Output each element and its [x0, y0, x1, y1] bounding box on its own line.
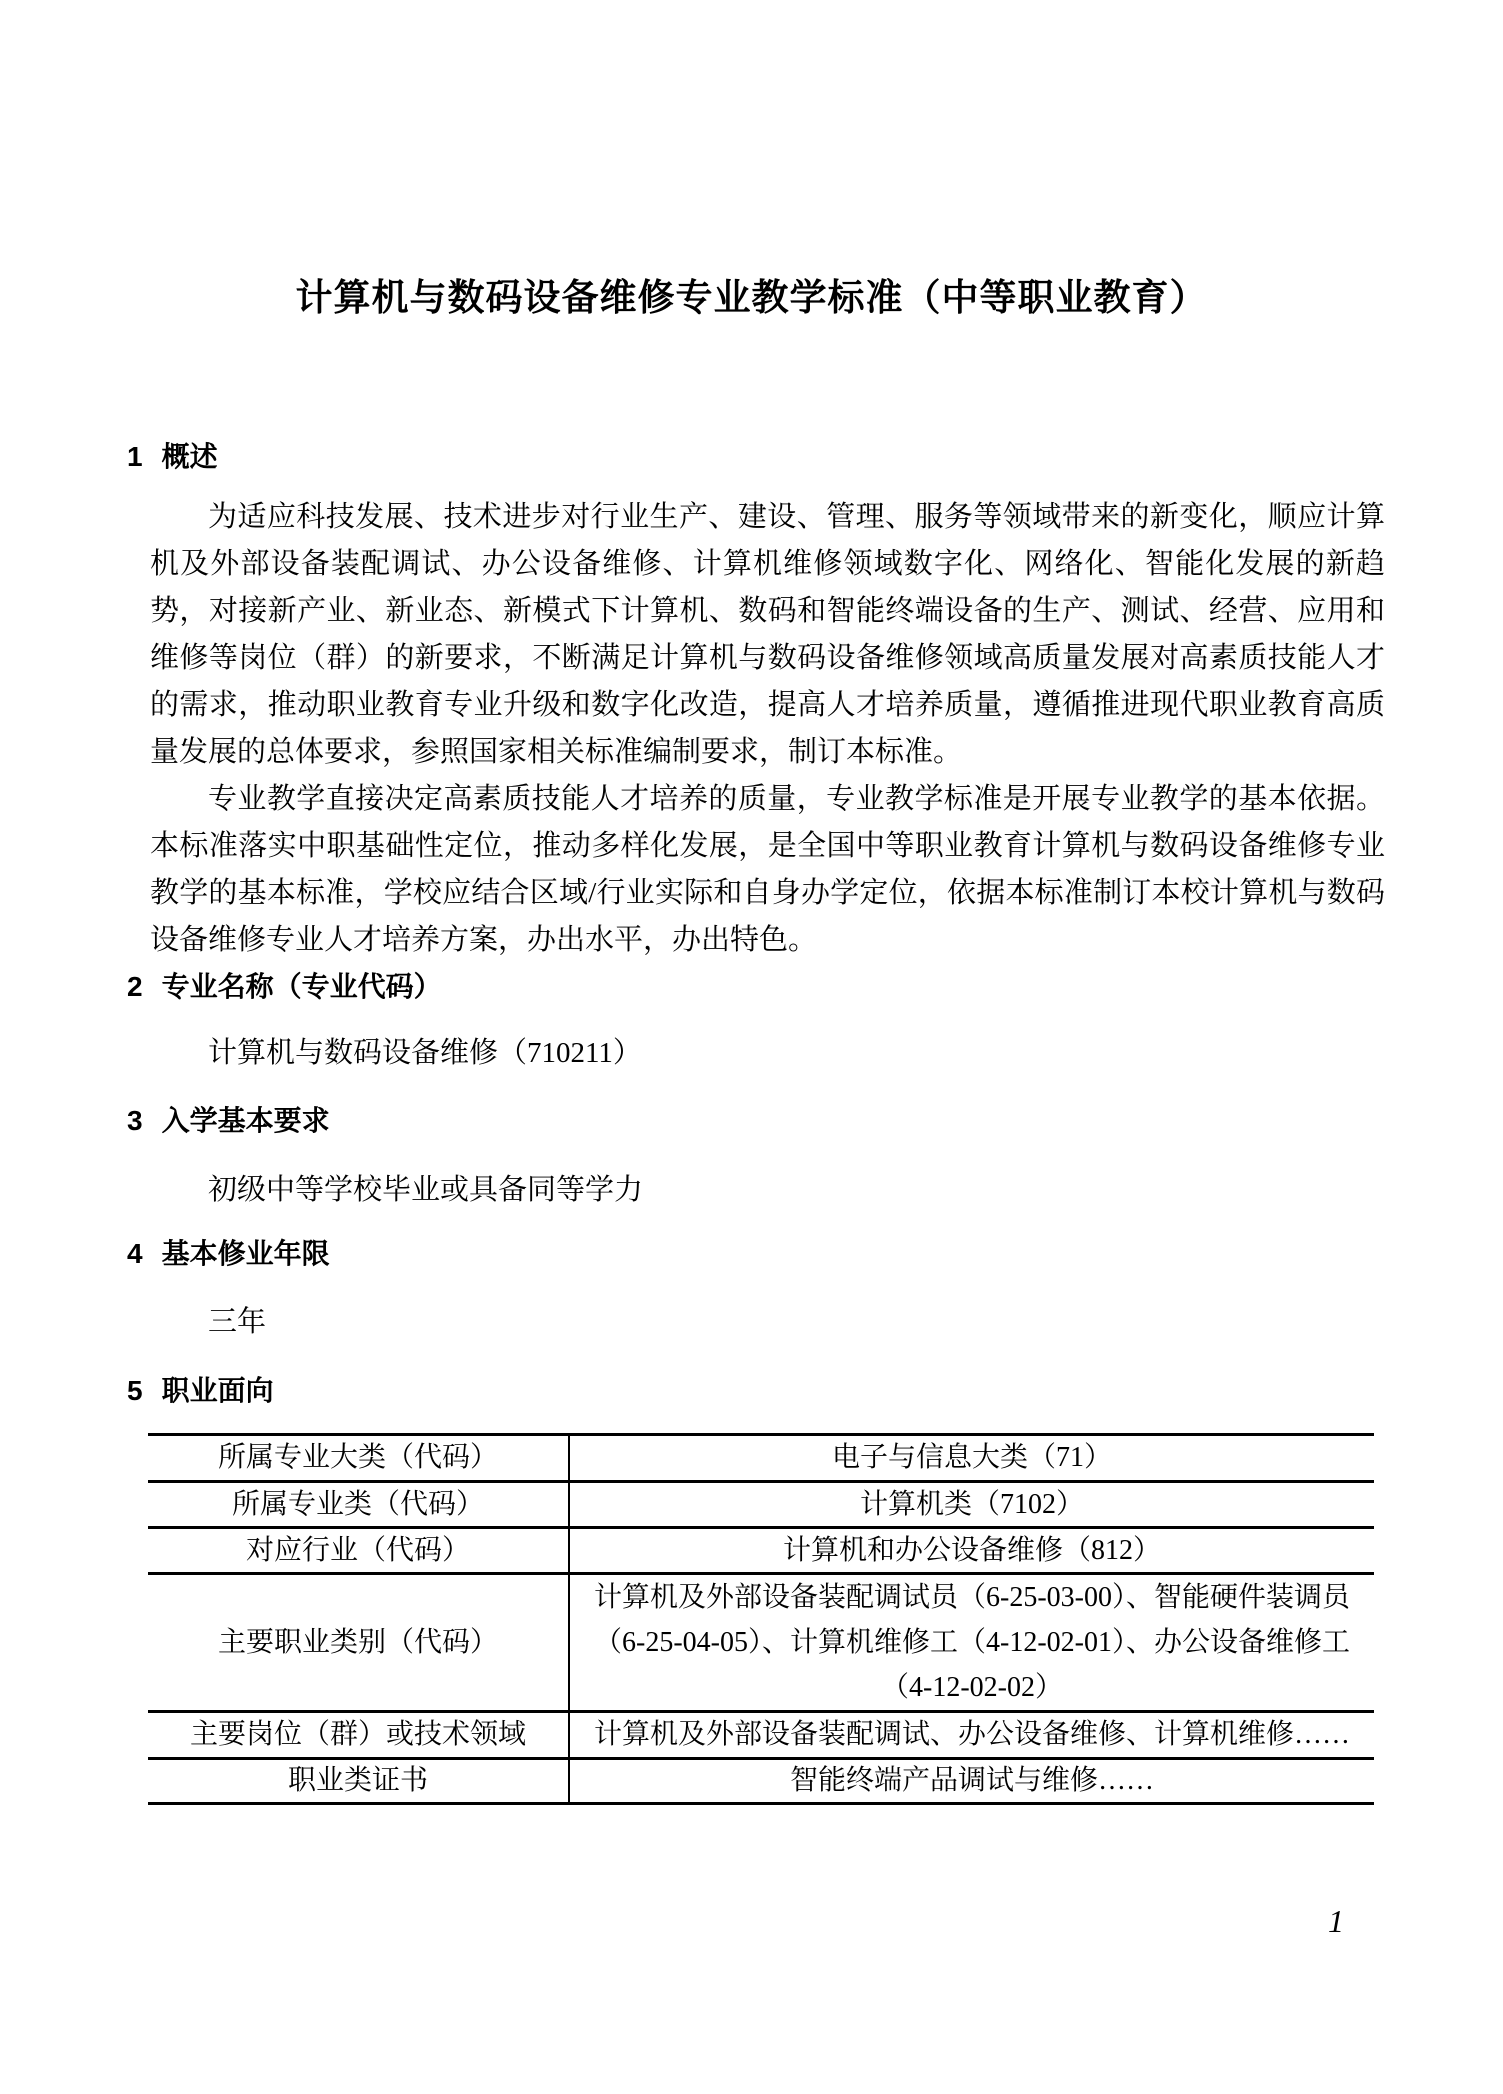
row-value-cell: 计算机类（7102）: [569, 1482, 1374, 1528]
row-value-cell: 智能终端产品调试与维修……: [569, 1759, 1374, 1804]
table-row: 对应行业（代码） 计算机和办公设备维修（812）: [148, 1528, 1374, 1574]
overview-paragraph-1: 为适应科技发展、技术进步对行业生产、建设、管理、服务等领域带来的新变化，顺应计算…: [150, 494, 1385, 776]
value-line-3: （4-12-02-02）: [578, 1665, 1366, 1710]
section-4-heading-label: 基本修业年限: [162, 1238, 330, 1269]
career-orientation-table: 所属专业大类（代码） 电子与信息大类（71） 所属专业类（代码） 计算机类（71…: [148, 1433, 1374, 1805]
section-3-heading-label: 入学基本要求: [162, 1105, 330, 1136]
section-1-overview-text: 为适应科技发展、技术进步对行业生产、建设、管理、服务等领域带来的新变化，顺应计算…: [150, 494, 1385, 964]
row-label-cell: 职业类证书: [148, 1759, 569, 1804]
document-page: 计算机与数码设备维修专业教学标准（中等职业教育） 1概述 为适应科技发展、技术进…: [0, 0, 1503, 2094]
row-label-cell: 所属专业大类（代码）: [148, 1435, 569, 1482]
section-5-heading-label: 职业面向: [162, 1375, 274, 1406]
section-1-number: 1: [127, 440, 143, 474]
section-3-number: 3: [127, 1104, 143, 1138]
row-value-cell: 计算机和办公设备维修（812）: [569, 1528, 1374, 1574]
table-row: 所属专业大类（代码） 电子与信息大类（71）: [148, 1435, 1374, 1482]
table-row: 所属专业类（代码） 计算机类（7102）: [148, 1482, 1374, 1528]
overview-paragraph-2: 专业教学直接决定高素质技能人才培养的质量，专业教学标准是开展专业教学的基本依据。…: [150, 776, 1385, 964]
section-4-heading: 4基本修业年限: [127, 1237, 330, 1271]
value-line-2: （6-25-04-05）、计算机维修工（4-12-02-01）、办公设备维修工: [578, 1620, 1366, 1665]
section-4-body: 三年: [208, 1303, 266, 1341]
section-5-number: 5: [127, 1374, 143, 1408]
row-label-cell: 所属专业类（代码）: [148, 1482, 569, 1528]
row-label-cell: 对应行业（代码）: [148, 1528, 569, 1574]
row-value-cell: 计算机及外部设备装配调试员（6-25-03-00）、智能硬件装调员 （6-25-…: [569, 1574, 1374, 1712]
table-row: 主要职业类别（代码） 计算机及外部设备装配调试员（6-25-03-00）、智能硬…: [148, 1574, 1374, 1712]
section-5-heading: 5职业面向: [127, 1374, 274, 1408]
document-title: 计算机与数码设备维修专业教学标准（中等职业教育）: [0, 276, 1503, 322]
section-1-heading: 1概述: [127, 440, 218, 474]
table-row: 主要岗位（群）或技术领域 计算机及外部设备装配调试、办公设备维修、计算机维修……: [148, 1712, 1374, 1759]
row-label-cell: 主要岗位（群）或技术领域: [148, 1712, 569, 1759]
value-line-1: 计算机及外部设备装配调试员（6-25-03-00）、智能硬件装调员: [578, 1575, 1366, 1620]
section-2-body: 计算机与数码设备维修（710211）: [208, 1034, 642, 1072]
section-3-body: 初级中等学校毕业或具备同等学力: [208, 1171, 643, 1209]
row-value-cell: 计算机及外部设备装配调试、办公设备维修、计算机维修……: [569, 1712, 1374, 1759]
row-value-cell: 电子与信息大类（71）: [569, 1435, 1374, 1482]
section-3-heading: 3入学基本要求: [127, 1104, 330, 1138]
section-4-number: 4: [127, 1237, 143, 1271]
section-2-heading-label: 专业名称（专业代码）: [162, 971, 442, 1002]
table-row: 职业类证书 智能终端产品调试与维修……: [148, 1759, 1374, 1804]
page-number: 1: [1328, 1903, 1344, 1939]
section-2-heading: 2专业名称（专业代码）: [127, 970, 442, 1004]
section-2-number: 2: [127, 970, 143, 1004]
row-label-cell: 主要职业类别（代码）: [148, 1574, 569, 1712]
section-1-heading-label: 概述: [162, 441, 218, 472]
